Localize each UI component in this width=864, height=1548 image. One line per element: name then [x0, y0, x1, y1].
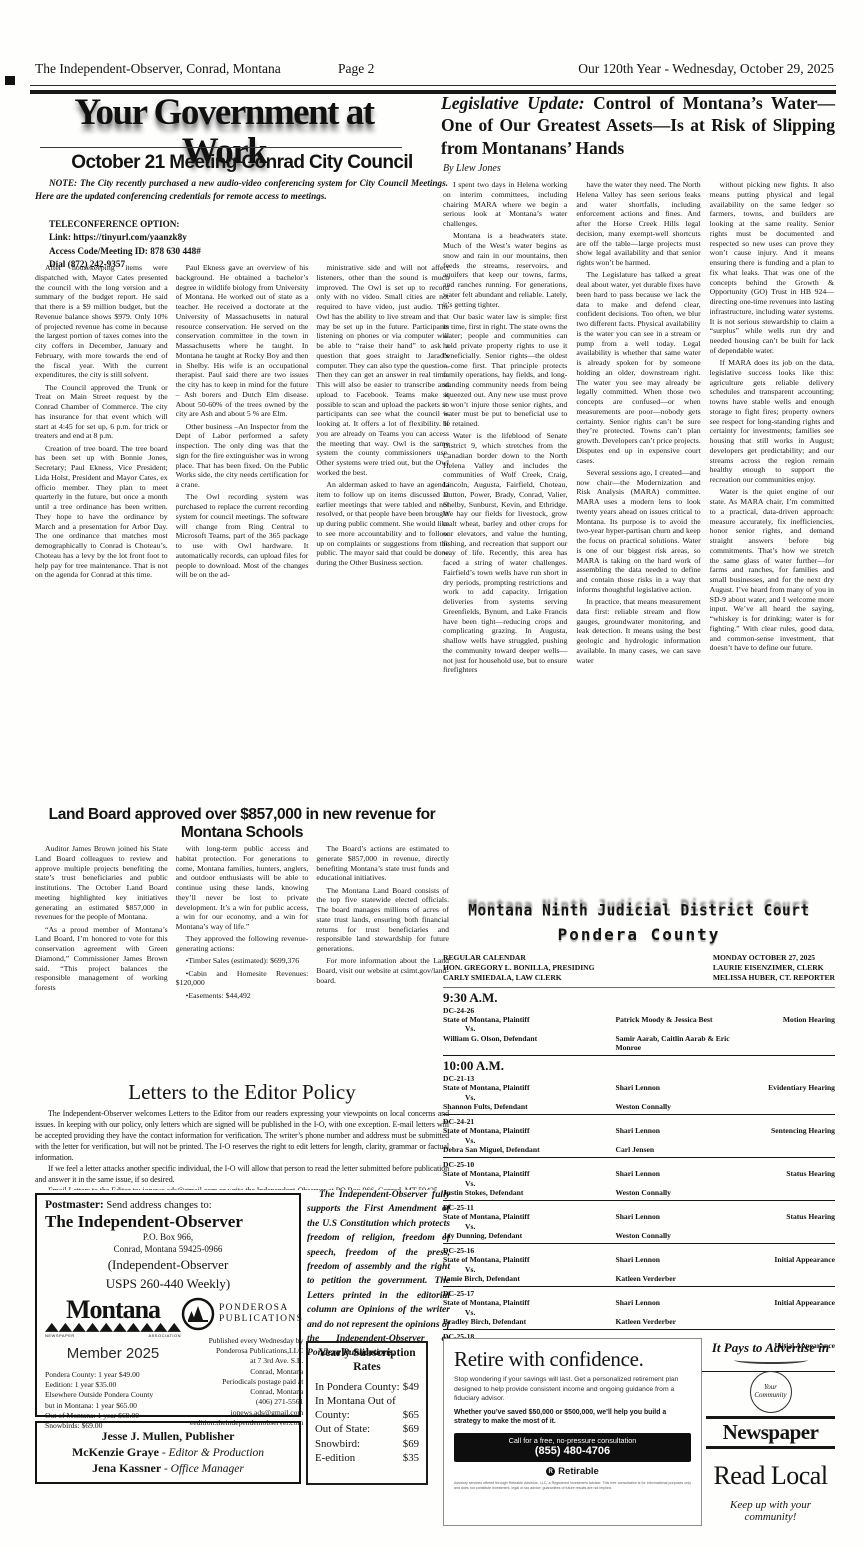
- paragraph: Other business –An Inspector from the De…: [176, 422, 309, 490]
- case-number: DC-25-10: [443, 1160, 835, 1169]
- party-plaintiff: State of Montana, Plaintiff: [443, 1169, 615, 1178]
- paragraph: ministrative side and will not affect li…: [316, 263, 449, 478]
- rate-label: Out of State:: [315, 1422, 370, 1436]
- paragraph: Auditor James Brown joined his State Lan…: [35, 844, 168, 922]
- plaintiff-counsel: Shari Lennon: [615, 1255, 748, 1264]
- text-line: REGULAR CALENDAR: [443, 953, 595, 963]
- city-zip-line: Conrad, Montana 59425-0966: [45, 1244, 291, 1256]
- case-number: DC-25-17: [443, 1289, 835, 1298]
- logo-row: Montana NEWSPAPER ASSOCIATION Member 202…: [45, 1297, 291, 1432]
- case-row: Justin Stokes, DefendantWeston Connally: [443, 1188, 835, 1197]
- vs-label: Vs.: [465, 1136, 835, 1145]
- paragraph: The Council approved the Trunk or Treat …: [35, 383, 168, 442]
- ad-headline: Retire with confidence.: [454, 1347, 691, 1372]
- postmaster-rest: Send address changes to:: [104, 1200, 212, 1211]
- usps-line-2: USPS 260-440 Weekly): [45, 1276, 291, 1292]
- credit-name: Jena Kassner: [92, 1461, 164, 1475]
- postmaster-box: Postmaster: Send address changes to: The…: [35, 1193, 301, 1417]
- hearing-type: Sentencing Hearing: [749, 1126, 835, 1135]
- ponderosa-name-line1: PONDEROSA: [219, 1303, 303, 1314]
- paragraph: Montana is a headwaters state. Much of t…: [443, 231, 567, 309]
- party-defendant: Shannon Fults, Defendant: [443, 1102, 615, 1111]
- case-row: State of Montana, PlaintiffShari LennonE…: [443, 1083, 835, 1092]
- case-number: DC-21-13: [443, 1074, 835, 1083]
- swoosh-flourish: [734, 1356, 808, 1364]
- case-row: Jay Dunning, DefendantWeston Connally: [443, 1231, 835, 1240]
- party-plaintiff: State of Montana, Plaintiff: [443, 1212, 615, 1221]
- letters-policy-title: Letters to the Editor Policy: [35, 1080, 449, 1105]
- paragraph: Several sessions ago, I created—and now …: [576, 468, 700, 595]
- credit-role: - Editor & Production: [162, 1447, 264, 1459]
- party-defendant: William G. Olson, Defendant: [443, 1034, 615, 1053]
- text-line: at 7 3rd Ave. S.E.: [181, 1356, 303, 1366]
- ad-cta-bar: Call for a free, no-pressure consultatio…: [454, 1433, 691, 1462]
- ponderosa-logo-icon: [181, 1297, 215, 1331]
- letters-policy-text: The Independent-Observer welcomes Letter…: [35, 1108, 449, 1190]
- credit-name: Jesse J. Mullen, Publisher: [101, 1429, 234, 1443]
- council-article-body: After housekeeping items were dispatched…: [35, 263, 449, 809]
- text-line: Out of Montana: 1 year $69.00: [45, 1411, 181, 1421]
- rate-value: $69: [403, 1422, 419, 1436]
- party-defendant: Justin Stokes, Defendant: [443, 1188, 615, 1197]
- article-column: without picking new fights. It also mean…: [710, 180, 834, 902]
- mna-logo-labels: NEWSPAPER ASSOCIATION: [45, 1333, 181, 1338]
- vs-label: Vs.: [465, 1093, 835, 1102]
- newspaper-page: The Independent-Observer, Conrad, Montan…: [0, 0, 864, 1548]
- text-line: ionews.ads@gmail.com: [181, 1408, 303, 1418]
- read-local-slogan: Read Local: [706, 1461, 835, 1491]
- case-row: Shannon Fults, DefendantWeston Connally: [443, 1102, 835, 1111]
- paragraph: Our basic water law is simple: first in …: [443, 312, 567, 429]
- paragraph: have the water they need. The North Hele…: [576, 180, 700, 268]
- ad-disclaimer: Advisory services offered through Retira…: [454, 1481, 691, 1491]
- case-number: DC-25-16: [443, 1246, 835, 1255]
- empty-cell: [749, 1145, 835, 1154]
- paragraph: without picking new fights. It also mean…: [710, 180, 834, 356]
- paragraph: They approved the following revenue-gene…: [176, 934, 309, 954]
- ad-body-1: Stop wondering if your savings will last…: [454, 1375, 691, 1404]
- party-plaintiff: State of Montana, Plaintiff: [443, 1015, 615, 1024]
- empty-cell: [749, 1102, 835, 1111]
- paragraph: After housekeeping items were dispatched…: [35, 263, 168, 380]
- first-amendment-text: The Independent-Observer fully supports …: [307, 1188, 450, 1361]
- community-tagline: Keep up with your community!: [706, 1499, 835, 1523]
- text-line: Link: https://tinyurl.com/yaanzk8y: [49, 231, 448, 244]
- case-row: State of Montana, PlaintiffShari LennonS…: [443, 1169, 835, 1178]
- postmaster-line: Postmaster: Send address changes to:: [45, 1199, 291, 1211]
- paragraph: The Independent-Observer welcomes Letter…: [35, 1108, 449, 1163]
- vs-label: Vs.: [465, 1265, 835, 1274]
- hearing-type: Evidentiary Hearing: [749, 1083, 835, 1092]
- newspaper-word: Newspaper: [706, 1416, 835, 1449]
- ad-phone-number: (855) 480-4706: [454, 1445, 691, 1458]
- paragraph: If MARA does its job on the data, legisl…: [710, 358, 834, 485]
- text-line: Eedition: 1 year $35.00: [45, 1380, 181, 1390]
- header-date: Our 120th Year - Wednesday, October 29, …: [416, 61, 834, 77]
- defense-counsel: Samir Aarab, Caitlin Aarab & Eric Monroe: [615, 1034, 748, 1053]
- empty-cell: [749, 1317, 835, 1326]
- defense-counsel: Katleen Verderber: [615, 1317, 748, 1326]
- letters-policy-section: Letters to the Editor Policy The Indepen…: [35, 1080, 449, 1190]
- first-amendment-statement: The Independent-Observer fully supports …: [307, 1188, 450, 1361]
- usps-line-1: (Independent-Observer: [45, 1257, 291, 1273]
- plaintiff-counsel: Patrick Moody & Jessica Best: [615, 1015, 748, 1024]
- empty-cell: [749, 1274, 835, 1283]
- hearing-type: Initial Appearance: [749, 1255, 835, 1264]
- text-line: LAURIE EISENZIMER, CLERK: [713, 963, 835, 973]
- text-line: (406) 271-5561: [181, 1397, 303, 1407]
- court-case: DC-25-17State of Montana, PlaintiffShari…: [443, 1289, 835, 1330]
- mna-block: Montana NEWSPAPER ASSOCIATION Member 202…: [45, 1297, 181, 1432]
- text-line: CARLY SMIEDALA, LAW CLERK: [443, 973, 595, 983]
- party-defendant: Jay Dunning, Defendant: [443, 1231, 615, 1240]
- plaintiff-counsel: Shari Lennon: [615, 1083, 748, 1092]
- rate-label: County:: [315, 1408, 350, 1422]
- case-number: DC-25-11: [443, 1203, 835, 1212]
- case-row: State of Montana, PlaintiffShari LennonS…: [443, 1212, 835, 1221]
- published-info: Published every Wednesday byPonderosa Pu…: [181, 1336, 303, 1428]
- postmaster-label: Postmaster:: [45, 1199, 104, 1211]
- paragraph: If we feel a letter attacks another spec…: [35, 1163, 449, 1185]
- text-line: Published every Wednesday by: [181, 1336, 303, 1346]
- vs-label: Vs.: [465, 1024, 835, 1033]
- subscription-rate-row: County:$65: [315, 1408, 419, 1422]
- ponderosa-logo-row: PONDEROSA PUBLICATIONS: [181, 1297, 303, 1331]
- paragraph: Paul Ekness gave an overview of his back…: [176, 263, 309, 419]
- hearing-type: Initial Appearance: [749, 1298, 835, 1307]
- article-column: I spent two days in Helena working on in…: [443, 180, 567, 902]
- court-info-row: REGULAR CALENDARHON. GREGORY L. BONILLA,…: [443, 953, 835, 983]
- rate-label: E-edition: [315, 1451, 355, 1465]
- court-case: DC-25-10State of Montana, PlaintiffShari…: [443, 1160, 835, 1201]
- paragraph: •Timber Sales (estimated): $699,376: [176, 956, 309, 966]
- text-line: Periodicals postage paid at: [181, 1377, 303, 1387]
- paragraph: The Legislature has talked a great deal …: [576, 270, 700, 465]
- credit-name: McKenzie Graye: [72, 1445, 162, 1459]
- article-column: Paul Ekness gave an overview of his back…: [176, 263, 309, 809]
- credit-line: Jesse J. Mullen, Publisher: [41, 1429, 295, 1445]
- rate-value: $65: [403, 1408, 419, 1422]
- ad-cta-text: Call for a free, no-pressure consultatio…: [454, 1436, 691, 1445]
- text-line: Conrad, Montana: [181, 1387, 303, 1397]
- paragraph: Water is the lifeblood of Senate Distric…: [443, 431, 567, 675]
- party-defendant: Debra San Miguel, Defendant: [443, 1145, 615, 1154]
- your-community-badge-icon: Your Community: [750, 1371, 792, 1413]
- article-column: The Board’s actions are estimated to gen…: [316, 844, 449, 1078]
- subscription-rates-title: Yearly Subscription Rates: [315, 1347, 419, 1375]
- headline-kicker: Legislative Update:: [441, 93, 593, 113]
- court-county: Pondera County: [443, 925, 835, 944]
- mna-logo-wordmark: Montana: [45, 1297, 181, 1323]
- plaintiff-counsel: Shari Lennon: [615, 1126, 748, 1135]
- case-number: DC-24-21: [443, 1117, 835, 1126]
- plaintiff-counsel: Shari Lennon: [615, 1298, 748, 1307]
- court-title: Montana Ninth Judicial District Court: [443, 902, 835, 920]
- advertise-line: It Pays to Advertise in: [706, 1340, 835, 1356]
- defense-counsel: Weston Connally: [615, 1188, 748, 1197]
- party-plaintiff: State of Montana, Plaintiff: [443, 1126, 615, 1135]
- legislative-headline: Legislative Update: Control of Montana’s…: [441, 92, 835, 159]
- party-plaintiff: State of Montana, Plaintiff: [443, 1255, 615, 1264]
- court-case: DC-24-26State of Montana, PlaintiffPatri…: [443, 1006, 835, 1056]
- publication-name: The Independent-Observer: [45, 1212, 291, 1232]
- legislative-article-body: I spent two days in Helena working on in…: [443, 180, 834, 902]
- session-time: 10:00 A.M.: [443, 1059, 835, 1074]
- defense-counsel: Weston Connally: [615, 1102, 748, 1111]
- article-column: Auditor James Brown joined his State Lan…: [35, 844, 168, 1078]
- subscription-rate-row: Snowbird:$69: [315, 1437, 419, 1451]
- vs-label: Vs.: [465, 1179, 835, 1188]
- party-defendant: Jamie Birch, Defendant: [443, 1274, 615, 1283]
- text-line: Ponderosa Publications,LLC: [181, 1346, 303, 1356]
- case-row: State of Montana, PlaintiffPatrick Moody…: [443, 1015, 835, 1024]
- case-row: William G. Olson, DefendantSamir Aarab, …: [443, 1034, 835, 1053]
- case-row: State of Montana, PlaintiffShari LennonI…: [443, 1298, 835, 1307]
- paragraph: In practice, that means measurement data…: [576, 597, 700, 665]
- case-row: State of Montana, PlaintiffShari LennonI…: [443, 1255, 835, 1264]
- staff-credits-box: Jesse J. Mullen, PublisherMcKenzie Graye…: [35, 1421, 301, 1484]
- ad-body-2: Whether you’ve saved $50,000 or $500,000…: [454, 1408, 691, 1427]
- paragraph: The Owl recording system was purchased t…: [176, 492, 309, 580]
- court-info-right: MONDAY OCTOBER 27, 2025LAURIE EISENZIMER…: [713, 953, 835, 983]
- text-line: Access Code/Meeting ID: 878 630 448#: [49, 245, 448, 258]
- court-calendar-section: Montana Ninth Judicial District Court Po…: [443, 903, 835, 1374]
- land-board-article-body: Auditor James Brown joined his State Lan…: [35, 844, 449, 1078]
- party-plaintiff: State of Montana, Plaintiff: [443, 1083, 615, 1092]
- court-calendar-body: 9:30 A.M.DC-24-26State of Montana, Plain…: [443, 991, 835, 1373]
- session-time: 9:30 A.M.: [443, 991, 835, 1006]
- rate-value: $35: [403, 1451, 419, 1465]
- header-page-number: Page 2: [296, 61, 416, 77]
- header-publication: The Independent-Observer, Conrad, Montan…: [35, 61, 296, 77]
- text-line: MONDAY OCTOBER 27, 2025: [713, 953, 835, 963]
- retirable-logo-icon: R: [546, 1467, 555, 1476]
- article-column: ministrative side and will not affect li…: [316, 263, 449, 809]
- paragraph: “As a proud member of Montana’s Land Boa…: [35, 925, 168, 993]
- defense-counsel: Katleen Verderber: [615, 1274, 748, 1283]
- vs-label: Vs.: [465, 1308, 835, 1317]
- rate-label: In Pondera County:: [315, 1380, 400, 1394]
- header-rule-thin: [30, 85, 836, 86]
- article-column: After housekeeping items were dispatched…: [35, 263, 168, 809]
- party-defendant: Bradley Birch, Defendant: [443, 1317, 615, 1326]
- defense-counsel: Weston Connally: [615, 1231, 748, 1240]
- rate-value: $49: [403, 1380, 419, 1394]
- case-row: Bradley Birch, DefendantKatleen Verderbe…: [443, 1317, 835, 1326]
- paragraph: with long-term public access and habitat…: [176, 844, 309, 932]
- empty-cell: [749, 1231, 835, 1240]
- party-plaintiff: State of Montana, Plaintiff: [443, 1298, 615, 1307]
- text-line: Elsewhere Outside Pondera County: [45, 1390, 181, 1400]
- text-line: MELISSA HUBER, CT. REPORTER: [713, 973, 835, 983]
- credit-line: Jena Kassner - Office Manager: [41, 1461, 295, 1477]
- court-case: DC-24-21State of Montana, PlaintiffShari…: [443, 1117, 835, 1158]
- court-case: DC-21-13State of Montana, PlaintiffShari…: [443, 1074, 835, 1115]
- case-row: State of Montana, PlaintiffShari LennonS…: [443, 1126, 835, 1135]
- land-board-headline: Land Board approved over $857,000 in new…: [35, 806, 449, 842]
- text-line: TELECONFERENCE OPTION:: [49, 218, 448, 231]
- case-number: DC-24-26: [443, 1006, 835, 1015]
- subscription-rate-row: Out of State:$69: [315, 1422, 419, 1436]
- empty-cell: [749, 1034, 835, 1053]
- paragraph: I spent two days in Helena working on in…: [443, 180, 567, 229]
- hearing-type: Status Hearing: [749, 1169, 835, 1178]
- paragraph: Water is the quiet engine of our state. …: [710, 487, 834, 653]
- note-text: NOTE: The City recently purchased a new …: [35, 177, 448, 204]
- court-info-left: REGULAR CALENDARHON. GREGORY L. BONILLA,…: [443, 953, 595, 983]
- registration-mark: [5, 76, 15, 85]
- ad-brand-row: R Retirable: [454, 1466, 691, 1477]
- advertise-promo: It Pays to Advertise in Your Community N…: [706, 1340, 835, 1523]
- paragraph: •Cabin and Homesite Revenues: $120,000: [176, 969, 309, 989]
- court-case: DC-25-11State of Montana, PlaintiffShari…: [443, 1203, 835, 1244]
- paragraph: The Montana Land Board consists of the t…: [316, 886, 449, 954]
- hearing-type: Status Hearing: [749, 1212, 835, 1221]
- rates-title-line1: Yearly Subscription: [315, 1347, 419, 1361]
- subscription-rate-row: In Montana Out of: [315, 1394, 419, 1408]
- case-row: Debra San Miguel, DefendantCarl Jensen: [443, 1145, 835, 1154]
- plaintiff-counsel: Shari Lennon: [615, 1169, 748, 1178]
- text-line: HON. GREGORY L. BONILLA, PRESIDING: [443, 963, 595, 973]
- plaintiff-counsel: Shari Lennon: [615, 1212, 748, 1221]
- article-column: with long-term public access and habitat…: [176, 844, 309, 1078]
- rate-value: $69: [403, 1437, 419, 1451]
- vs-label: Vs.: [465, 1222, 835, 1231]
- court-case: DC-25-16State of Montana, PlaintiffShari…: [443, 1246, 835, 1287]
- court-divider: [443, 987, 835, 988]
- case-row: Jamie Birch, DefendantKatleen Verderber: [443, 1274, 835, 1283]
- defense-counsel: Carl Jensen: [615, 1145, 748, 1154]
- ponderosa-name-line2: PUBLICATIONS: [219, 1314, 303, 1325]
- credit-line: McKenzie Graye - Editor & Production: [41, 1445, 295, 1461]
- po-box-line: P.O. Box 966,: [45, 1232, 291, 1244]
- mna-member-year: Member 2025: [45, 1345, 181, 1362]
- byline: By Llew Jones: [443, 163, 501, 174]
- paragraph: An alderman asked to have an agenda item…: [316, 480, 449, 568]
- subscription-rates-list: In Pondera County:$49In Montana Out ofCo…: [315, 1380, 419, 1466]
- paragraph: The Board’s actions are estimated to gen…: [316, 844, 449, 883]
- mountains-icon: [45, 1323, 181, 1332]
- paragraph: Creation of tree board. The tree board h…: [35, 444, 168, 581]
- editor-note: NOTE: The City recently purchased a new …: [35, 177, 448, 204]
- text-line: Conrad, Montana: [181, 1367, 303, 1377]
- rates-title-line2: Rates: [315, 1361, 419, 1375]
- retirable-advertisement: Retire with confidence. Stop wondering i…: [443, 1338, 702, 1526]
- ponderosa-block: PONDEROSA PUBLICATIONS Published every W…: [181, 1297, 303, 1432]
- badge-word-2: Community: [754, 1392, 786, 1400]
- text-line: Pondera County: 1 year $49.00: [45, 1370, 181, 1380]
- empty-cell: [749, 1188, 835, 1197]
- ponderosa-name: PONDEROSA PUBLICATIONS: [219, 1303, 303, 1325]
- credit-role: - Office Manager: [164, 1463, 244, 1475]
- page-header: The Independent-Observer, Conrad, Montan…: [35, 61, 834, 77]
- hearing-type: Motion Hearing: [749, 1015, 835, 1024]
- rate-label: Snowbird:: [315, 1437, 360, 1451]
- paragraph: For more information about the Land Boar…: [316, 956, 449, 985]
- subscription-rate-row: In Pondera County:$49: [315, 1380, 419, 1394]
- ad-brand-name: Retirable: [558, 1466, 599, 1477]
- mna-label-right: ASSOCIATION: [148, 1333, 181, 1338]
- masthead-hairline: [40, 147, 402, 148]
- subscription-rates-box: Yearly Subscription Rates In Pondera Cou…: [306, 1341, 428, 1485]
- text-line: but in Montana: 1 year $65.00: [45, 1401, 181, 1411]
- subscription-rate-row: E-edition$35: [315, 1451, 419, 1465]
- article-column: have the water they need. The North Hele…: [576, 180, 700, 902]
- paragraph: •Easements: $44,492: [176, 991, 309, 1001]
- mna-label-left: NEWSPAPER: [45, 1333, 75, 1338]
- rate-label: In Montana Out of: [315, 1394, 396, 1408]
- council-meeting-headline: October 21 Meeting Conrad City Council: [35, 152, 449, 174]
